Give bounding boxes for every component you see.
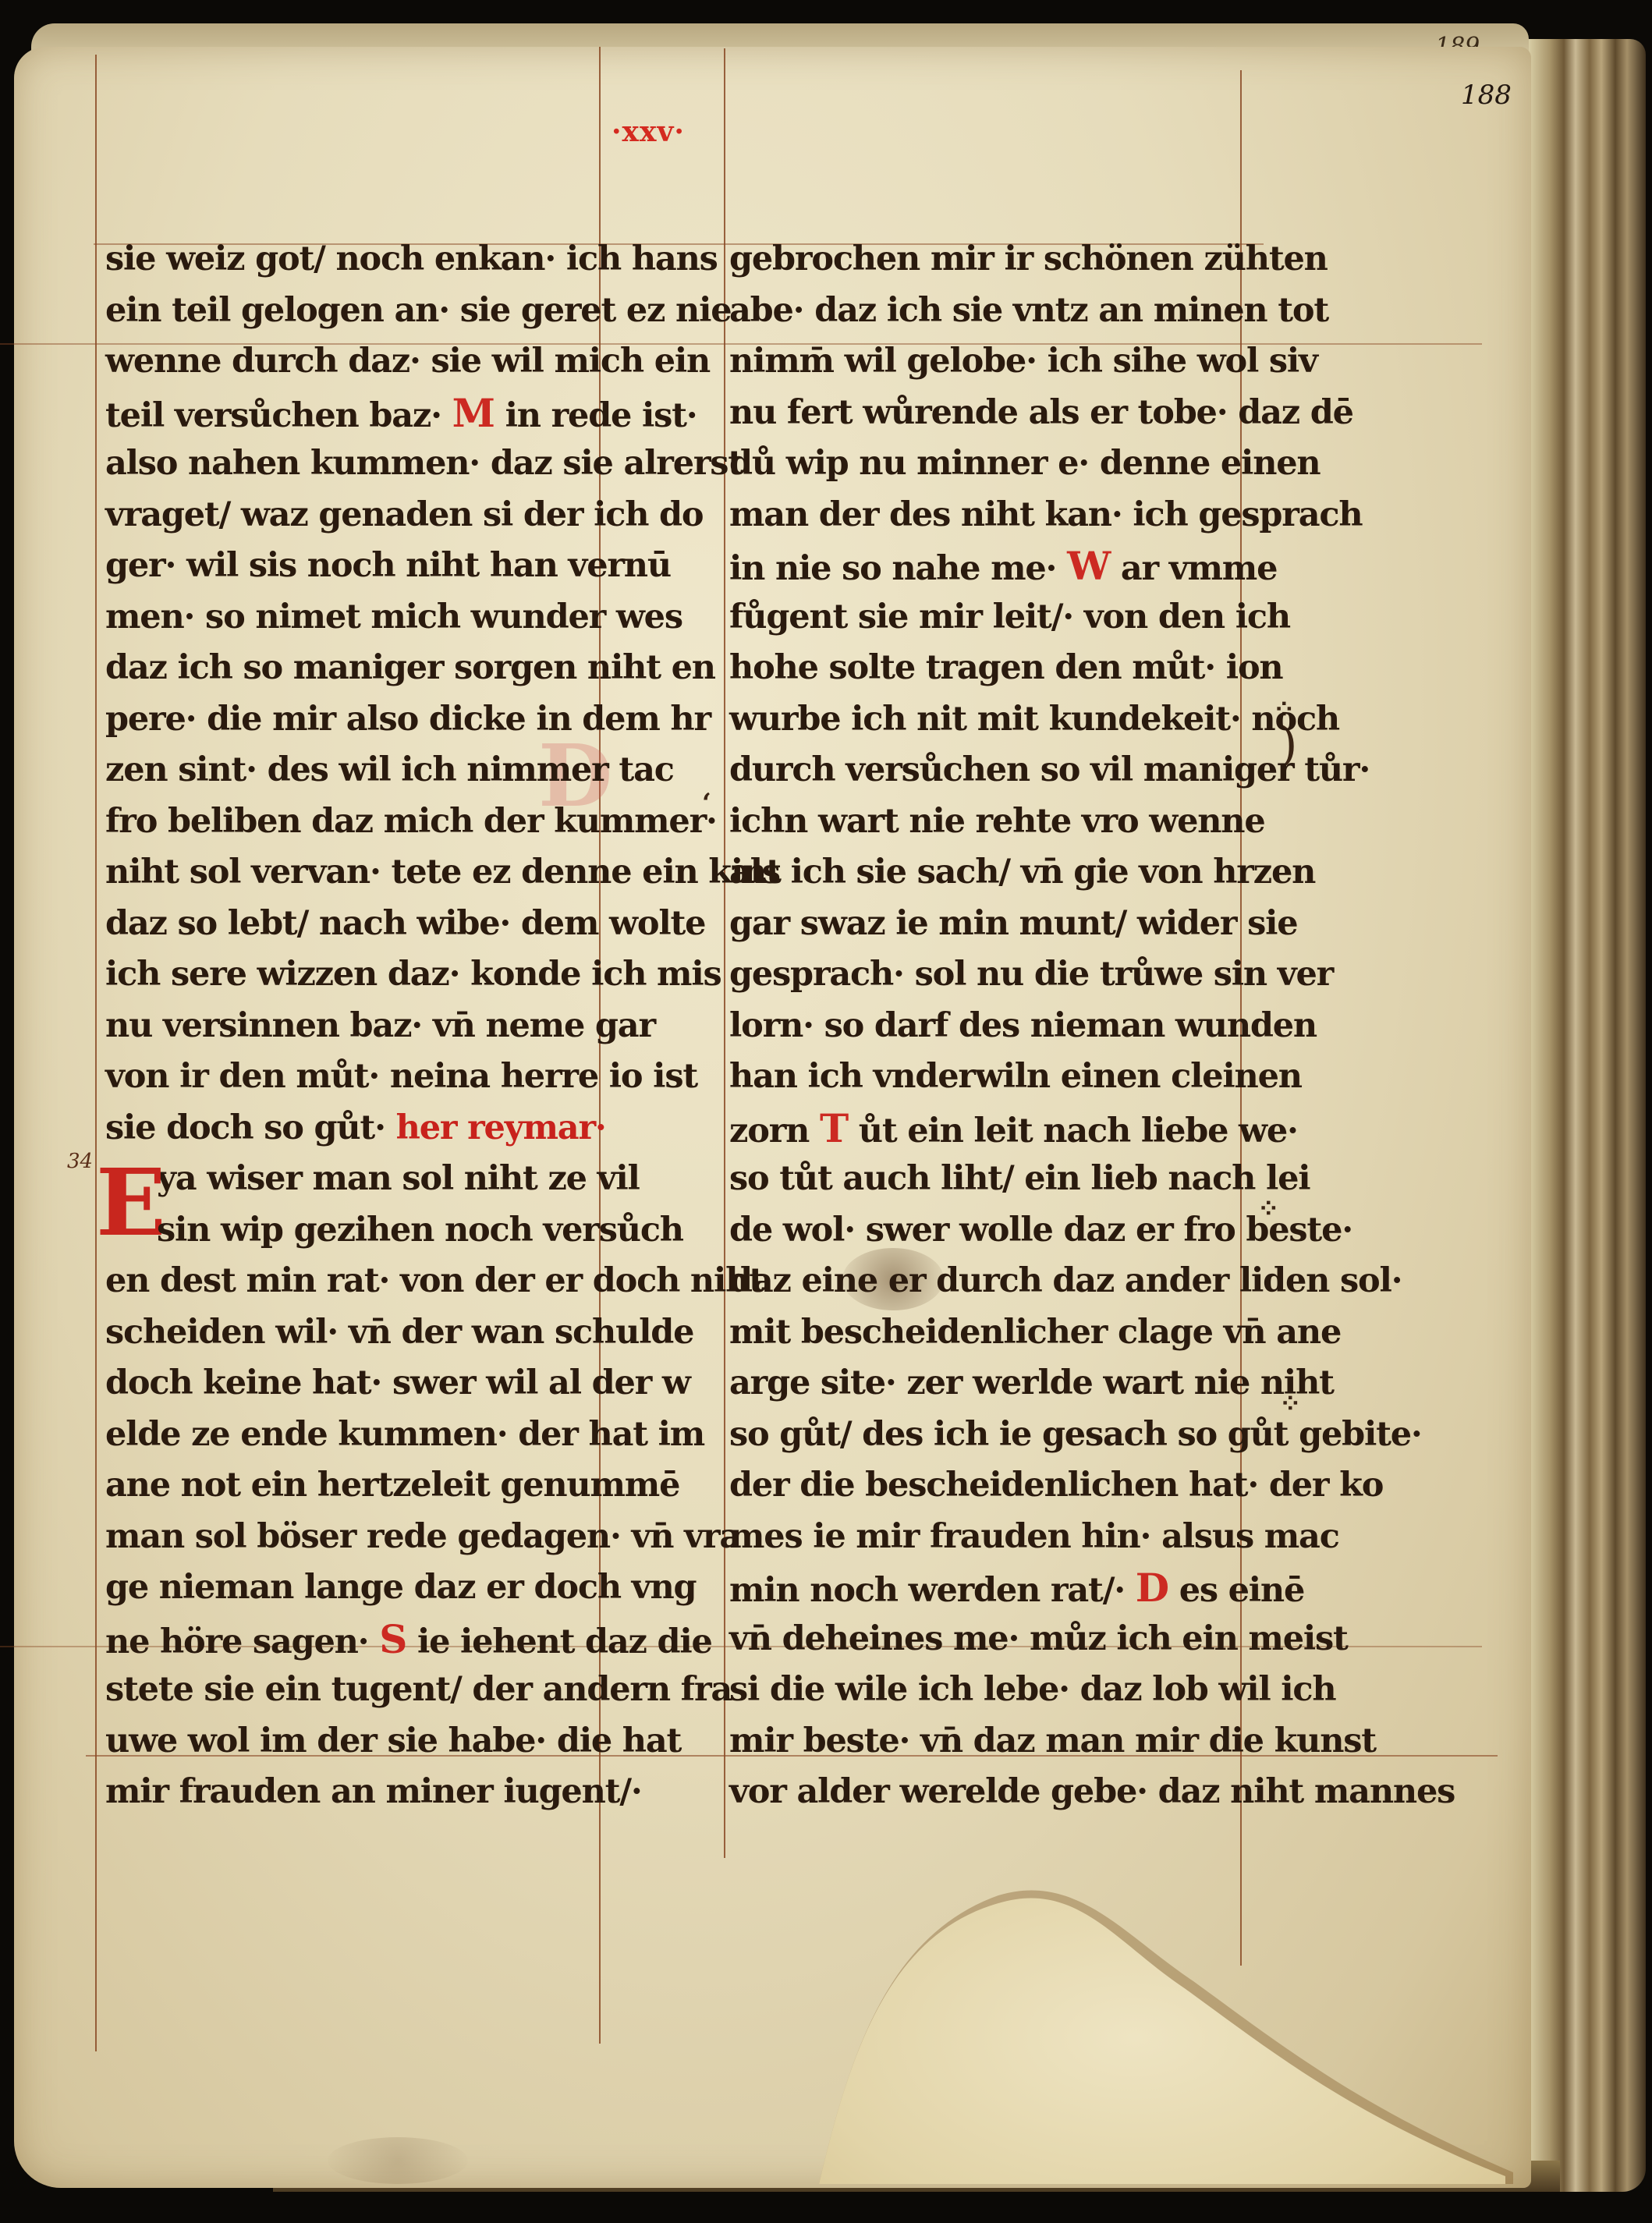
text-line-with-rubric: sie doch so gůt· her reymar· — [105, 1103, 781, 1154]
text-line: uwe wol im der sie habe· die hat — [105, 1716, 781, 1767]
text-line: arge site· zer werlde wart nie niht — [729, 1358, 1455, 1409]
rubric-initial-s: S — [379, 1616, 406, 1662]
text-line: doch keine hat· swer wil al der w — [105, 1358, 781, 1409]
text-line: zen sint· des wil ich nimmer tac — [105, 745, 781, 796]
text-line: daz eine er durch daz ander liden sol· — [729, 1256, 1455, 1307]
text-line: scheiden wil· vn̄ der wan schulde — [105, 1307, 781, 1359]
text-line-with-initial: min noch werden rat/· D es einē — [729, 1562, 1455, 1614]
text-segment: zorn — [729, 1111, 809, 1150]
text-line: gar swaz ie min munt/ wider sie — [729, 899, 1455, 950]
rubric-initial-t: T — [820, 1105, 848, 1151]
text-line: lorn· so darf des nieman wunden — [729, 1001, 1455, 1052]
text-line: fůgent sie mir leit/· von den ich — [729, 592, 1455, 643]
text-segment: sie doch so gůt· — [105, 1108, 385, 1147]
text-line: wurbe ich nit mit kundekeit· noch — [729, 694, 1455, 746]
text-line: ge nieman lange daz er doch vng — [105, 1562, 781, 1614]
text-line: pere· die mir also dicke in dem hr — [105, 694, 781, 746]
rubric-initial-d: D — [1136, 1565, 1168, 1611]
text-line: stete sie ein tugent/ der andern fra — [105, 1665, 781, 1716]
text-line: fro beliben daz mich der kummer· — [105, 796, 781, 848]
text-line: gebrochen mir ir schönen zühten — [729, 234, 1455, 285]
text-line: dů wip nu minner e· denne einen — [729, 438, 1455, 490]
text-segment: ůt ein leit nach liebe we· — [859, 1111, 1298, 1150]
text-line: nimm̄ wil gelobe· ich sihe wol siv — [729, 336, 1455, 388]
stanza-number-note: 34 — [67, 1150, 93, 1173]
text-line: als ich sie sach/ vn̄ gie von hrzen — [729, 847, 1455, 899]
text-column-left: sie weiz got/ noch enkan· ich hans ein t… — [105, 234, 781, 1818]
text-line: nu fert wůrende als er tobe· daz dē — [729, 388, 1455, 439]
text-line: ger· wil sis noch niht han vernū — [105, 541, 781, 592]
text-line: durch versůchen so vil maniger tůr· — [729, 745, 1455, 796]
text-line: der die bescheidenlichen hat· der ko — [729, 1460, 1455, 1512]
running-head: ·xxv· — [612, 115, 685, 148]
text-line: men· so nimet mich wunder wes — [105, 592, 781, 643]
text-line-with-initial: in nie so nahe me· W ar vmme — [729, 541, 1455, 592]
text-line: daz so lebt/ nach wibe· dem wolte — [105, 899, 781, 950]
text-line-with-initial: zorn T ůt ein leit nach liebe we· — [729, 1103, 1455, 1154]
text-segment: in nie so nahe me· — [729, 549, 1056, 588]
text-segment: es einē — [1179, 1571, 1304, 1610]
text-line: vn̄ deheines me· můz ich ein meist — [729, 1614, 1455, 1665]
text-segment: ya wiser man sol niht ze vil — [157, 1159, 640, 1198]
text-line: wenne durch daz· sie wil mich ein — [105, 336, 781, 388]
text-column-right: gebrochen mir ir schönen zühten abe· daz… — [729, 234, 1455, 1818]
text-segment: min noch werden rat/· — [729, 1571, 1125, 1610]
text-segment: ne höre sagen· — [105, 1622, 368, 1661]
text-line: ein teil gelogen an· sie geret ez nie — [105, 285, 781, 337]
text-line: mes ie mir frauden hin· alsus mac — [729, 1512, 1455, 1563]
text-line: man sol böser rede gedagen· vn̄ vra — [105, 1512, 781, 1563]
text-line: von ir den můt· neina herre io ist — [105, 1051, 781, 1103]
book-page-stack — [1529, 39, 1646, 2192]
text-line: en dest min rat· von der er doch niht — [105, 1256, 781, 1307]
text-line: mir beste· vn̄ daz man mir die kunst — [729, 1716, 1455, 1767]
text-line: elde ze ende kummen· der hat im — [105, 1409, 781, 1461]
text-line: also nahen kummen· daz sie alrerst — [105, 438, 781, 490]
text-line-with-initial: teil versůchen baz· M in rede ist· — [105, 388, 781, 439]
text-line: niht sol vervan· tete ez denne ein kint — [105, 847, 781, 899]
text-line: ich sere wizzen daz· konde ich mis — [105, 949, 781, 1001]
text-line-with-initial: ne höre sagen· S ie iehent daz die — [105, 1614, 781, 1665]
text-line: han ich vnderwiln einen cleinen — [729, 1051, 1455, 1103]
text-line-with-large-initial: E ya wiser man sol niht ze vil — [105, 1154, 781, 1205]
text-segment: ie iehent daz die — [417, 1622, 712, 1661]
text-segment: in rede ist· — [505, 396, 697, 435]
rubric-initial-w: W — [1067, 543, 1110, 589]
text-line: vor alder werelde gebe· daz niht mannes — [729, 1767, 1455, 1818]
text-line: so tůt auch liht/ ein lieb nach lei — [729, 1154, 1455, 1205]
text-line: vraget/ waz genaden si der ich do — [105, 490, 781, 541]
water-stain — [328, 2137, 468, 2184]
rubric-initial-m: M — [452, 390, 495, 436]
text-line: man der des niht kan· ich gesprach — [729, 490, 1455, 541]
text-segment: ar vmme — [1121, 549, 1277, 588]
text-line: mir frauden an miner iugent/· — [105, 1767, 781, 1818]
text-line: ane not ein hertzeleit genummē — [105, 1460, 781, 1512]
text-line: de wol· swer wolle daz er fro beste· — [729, 1205, 1455, 1257]
rubric-author-name: her reymar· — [396, 1108, 606, 1147]
text-line: mit bescheidenlicher clage vn̄ ane — [729, 1307, 1455, 1359]
text-line: hohe solte tragen den můt· ion — [729, 643, 1455, 694]
text-line: abe· daz ich sie vntz an minen tot — [729, 285, 1455, 337]
text-line: ichn wart nie rehte vro wenne — [729, 796, 1455, 848]
folio-number: 188 — [1461, 80, 1512, 111]
text-line: sie weiz got/ noch enkan· ich hans — [105, 234, 781, 285]
ruling-left-outer — [95, 55, 97, 2051]
text-line: nu versinnen baz· vn̄ neme gar — [105, 1001, 781, 1052]
text-line: gesprach· sol nu die trůwe sin ver — [729, 949, 1455, 1001]
text-line: sin wip gezihen noch versůch — [105, 1205, 781, 1257]
text-line: si die wile ich lebe· daz lob wil ich — [729, 1665, 1455, 1716]
text-line: so gůt/ des ich ie gesach so gůt gebite· — [729, 1409, 1455, 1461]
text-segment: teil versůchen baz· — [105, 396, 441, 435]
text-line: daz ich so maniger sorgen niht en — [105, 643, 781, 694]
